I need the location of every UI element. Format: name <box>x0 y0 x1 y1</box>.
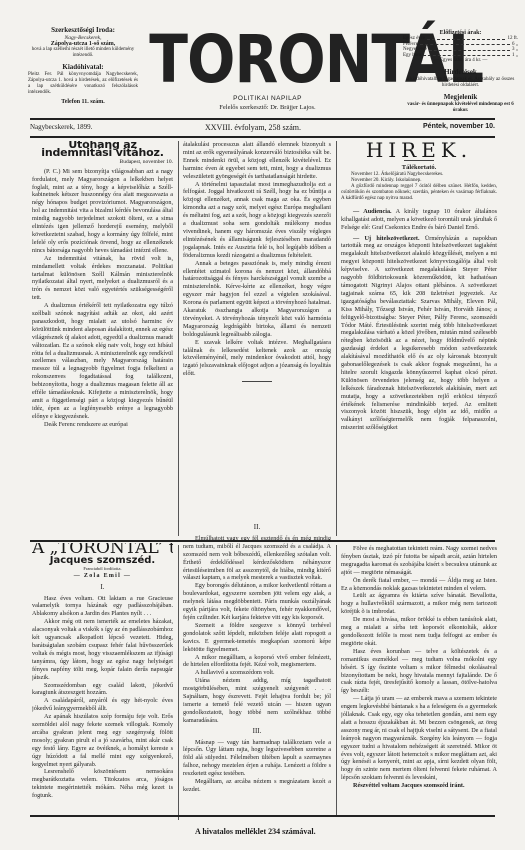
bottom-rule <box>30 815 495 817</box>
volume-number: XXVIII. évfolyam, 258 szám. <box>205 123 301 132</box>
story-paragraph: Leült az ágyamra és kitárta szíve bánatá… <box>341 592 497 616</box>
newspaper-page: Szerkesztőségi Iroda: Nagy-Becskerek, Zá… <box>0 0 525 850</box>
price-period: Egy hóra <box>403 53 421 59</box>
news-heading: HIREK. <box>341 147 497 155</box>
story-paragraph: Szomszédomban egy család lakott, jókedvű… <box>32 682 173 698</box>
story-paragraph: Szemeit a földre szegezve s könnyű terhé… <box>183 622 331 654</box>
story-paragraph: Fölve és meghatottan tekintett reám. Nag… <box>341 545 497 577</box>
story-paragraph: Az apának hiszúlatos szép formáju feje v… <box>32 713 173 768</box>
office-heading: Szerkesztőségi Iroda: <box>28 26 138 34</box>
single-issue-price: — Egyes szám ára 4 kr. — <box>403 58 518 64</box>
price-value: 1 „ <box>512 53 518 59</box>
story-paragraph: Ön derék fiatal ember, — mondá — Áldja m… <box>341 577 497 593</box>
feuilleton-part-1: A „TORONTÁL” tárcája. Jacques szomszéd. … <box>32 543 173 823</box>
article-paragraph: átalakulási processzus alatt állandó ele… <box>183 141 331 181</box>
phone: Telefon 11. szám. <box>28 99 138 105</box>
part-numeral: II. <box>183 524 331 532</box>
story-paragraph: A hullavivő a szomszédom volt. <box>183 669 331 677</box>
news-lead: — Audiencia. <box>353 208 392 215</box>
editor-line: Felelős szerkesztő: Dr. Bräjjer Lajos. <box>130 104 405 111</box>
article-indemnity: Utóhang az indemnitási vitához. Budapest… <box>32 141 173 536</box>
publisher-text: Pleitz Fer. Pál könyvnyomdája Nagybecske… <box>28 72 138 96</box>
story-author: — Zola Emil — <box>32 573 173 581</box>
column-divider <box>336 141 337 536</box>
article-paragraph: Annak a beteges passziónak is, mely mind… <box>183 260 331 339</box>
rule-bottom <box>30 136 495 138</box>
masthead-left-box: Szerkesztőségi Iroda: Nagy-Becskerek, Zá… <box>28 22 138 105</box>
newspaper-logo: TORONTÁL <box>149 25 386 95</box>
bath-notice: A gőzfürdő mindennap reggel 7 órától dél… <box>341 184 497 202</box>
feuilleton-part-2-3: II. Elmúlhatott vagy egy fél esztendő és… <box>183 520 331 820</box>
column-divider <box>178 141 179 536</box>
footer-note: A hivatalos melléklet 234 számával. <box>195 827 316 836</box>
column-divider <box>336 545 337 815</box>
story-paragraph: Lesrenshelő köszöntésem nemsokára megbar… <box>32 768 173 800</box>
news-text: Ürményházán a napokban tartották meg az … <box>341 235 497 432</box>
story-paragraph: Hasz éves voltam. Ott laktam a rue Graci… <box>32 595 173 619</box>
ads-heading: Hirdetések <box>403 68 518 76</box>
story-paragraph: Egy borongós délutánon, a mikor kedvetle… <box>183 582 331 622</box>
story-paragraph: Elmúlhatott vagy egy fél esztendő és én … <box>183 535 331 582</box>
publisher-heading: Kiadóhivatal: <box>28 63 138 71</box>
ads-text: a kiadóhivatalban fogadtatnak el. Árszab… <box>403 77 518 89</box>
masthead-center: TORONTÁL POLITIKAI NAPILAP Felelős szerk… <box>130 22 405 111</box>
story-paragraph: Hasz éves korunban — telve a költészetek… <box>341 648 497 695</box>
feuilleton-part-3-continued: Fölve és meghatottan tekintett reám. Nag… <box>341 545 497 813</box>
article-dateline: Budapest, november 10. <box>32 159 173 167</box>
appears-text: vasár- és ünnepnapok kivételével mindenn… <box>403 102 518 114</box>
article-paragraph: A történelmi tapasztalat most immeghazud… <box>183 181 331 260</box>
story-paragraph: Akkor még ott nem ismerték az emeletes h… <box>32 618 173 681</box>
story-paragraph: A mikor megálltam, a koporsó vivő ember … <box>183 654 331 670</box>
story-paragraph: — Látja jó uram — az emberek mava a szem… <box>341 695 497 782</box>
article-paragraph: (P. C.) Mi sem bizonyítja világosabban a… <box>32 168 173 255</box>
article-paragraph: E szavak lelkére voltak intézve. Meghall… <box>183 339 331 379</box>
article-paragraph: Az indemnitási vitának, ha rövid volt is… <box>32 255 173 302</box>
article-paragraph: A dualizmus értékéről tett nyilatkozatra… <box>32 302 173 421</box>
news-lead: — Uj hitelszövetkezet. <box>353 235 420 242</box>
article-indemnity-continued: átalakulási processzus alatt állandó ele… <box>183 141 331 531</box>
masthead-right-box: Előfizetési árak: Egész évre12 ft. Félév… <box>403 30 518 114</box>
appears-heading: Megjelenik <box>403 93 518 101</box>
part-numeral: I. <box>32 584 173 592</box>
place-year: Nagybecskerek, 1899. <box>30 123 92 131</box>
article-paragraph: Deák Ferenc rendszere az európai <box>32 421 173 429</box>
story-paragraph: Megálltam, az arcába néztem s megrázatam… <box>183 778 331 794</box>
story-paragraph: Utána néztem addig, míg tagadhatott most… <box>183 677 331 724</box>
issue-date: Péntek, november 10. <box>423 123 495 130</box>
end-rule <box>242 381 272 382</box>
story-paragraph: De most a hivása, mikor örökké is ebben … <box>341 616 497 648</box>
story-paragraph: A családapáról, anyáról és egy hét-nyolc… <box>32 697 173 713</box>
column-divider <box>178 545 179 820</box>
news-section: HIREK. Tálékortató. November 12. Átkelőj… <box>341 141 497 536</box>
story-title: Jacques szomszéd. <box>32 557 173 565</box>
story-paragraph: Részvéttel voltam Jacques szomszéd iránt… <box>341 782 497 790</box>
translator-note: Franciaból fordította. <box>32 565 173 573</box>
story-paragraph: Másnap — vagy tán harmadnap találkoztam … <box>183 739 331 779</box>
article-title: Utóhang az indemnitási vitához. <box>32 141 173 157</box>
office-note: hová a lap szellemi részét illető minden… <box>28 47 138 59</box>
masthead: Szerkesztőségi Iroda: Nagy-Becskerek, Zá… <box>18 22 508 117</box>
part-numeral: III. <box>183 728 331 736</box>
calendar-heading: Tálékortató. <box>341 164 497 172</box>
feuilleton-heading: A „TORONTÁL” tárcája. <box>32 545 173 553</box>
date-bar: Nagybecskerek, 1899. XXVIII. évfolyam, 2… <box>30 120 495 136</box>
